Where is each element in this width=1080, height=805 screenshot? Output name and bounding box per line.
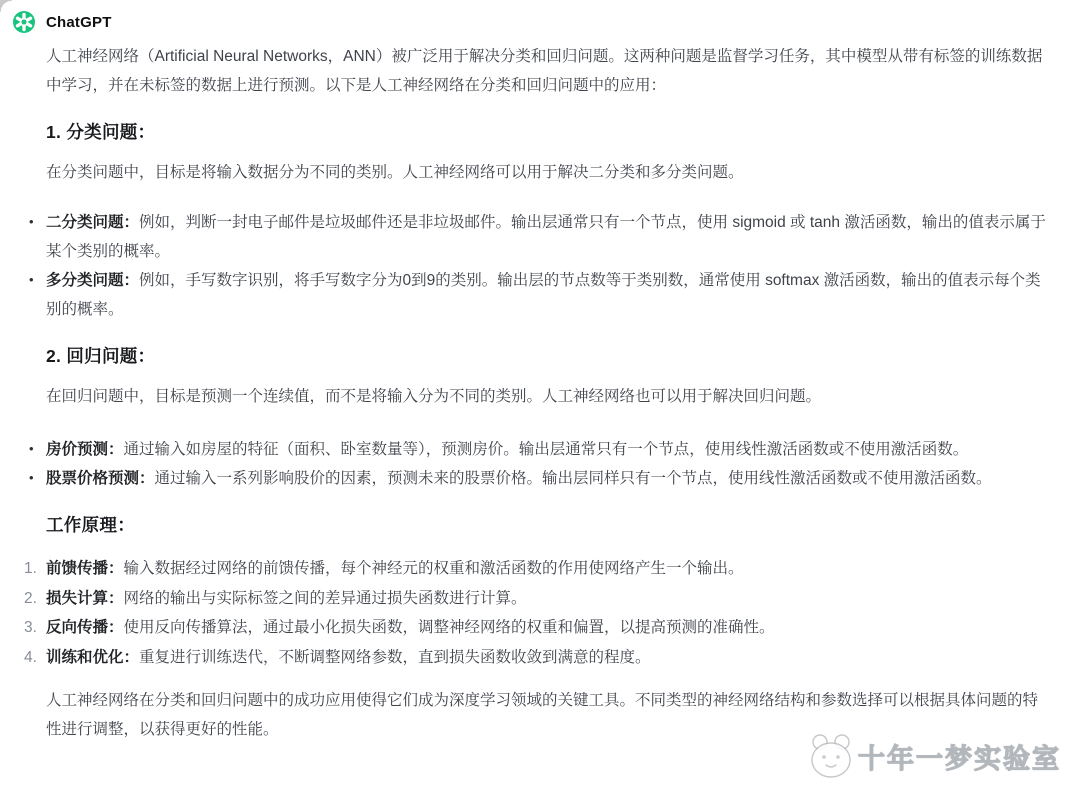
conclusion-paragraph: 人工神经网络在分类和回归问题中的成功应用使得它们成为深度学习领域的关键工具。不同… <box>46 686 1050 744</box>
regression-bullet-list: •房价预测：通过输入如房屋的特征（面积、卧室数量等），预测房价。输出层通常只有一… <box>46 435 1050 493</box>
list-item: 2.损失计算：网络的输出与实际标签之间的差异通过损失函数进行计算。 <box>46 584 1050 614</box>
item-label: 二分类问题： <box>46 214 139 231</box>
item-label: 多分类问题： <box>46 272 139 289</box>
window-corner-artifact <box>0 0 12 12</box>
message-body: 人工神经网络（Artificial Neural Networks，ANN）被广… <box>0 42 1080 744</box>
chatgpt-logo-icon <box>13 11 35 33</box>
intro-paragraph: 人工神经网络（Artificial Neural Networks，ANN）被广… <box>46 42 1050 100</box>
item-label: 前馈传播： <box>46 560 124 577</box>
item-label: 损失计算： <box>46 590 124 607</box>
working-principle-heading: 工作原理： <box>46 513 1050 537</box>
bullet-icon: • <box>29 434 34 463</box>
item-label: 训练和优化： <box>46 649 139 666</box>
step-number: 3. <box>24 613 37 643</box>
list-item: 1.前馈传播：输入数据经过网络的前馈传播，每个神经元的权重和激活函数的作用使网络… <box>46 554 1050 584</box>
item-text: 例如，手写数字识别，将手写数字分为0到9的类别。输出层的节点数等于类别数，通常使… <box>46 272 1041 318</box>
bullet-icon: • <box>29 463 34 492</box>
bullet-icon: • <box>29 207 34 236</box>
item-text: 通过输入一系列影响股价的因素，预测未来的股票价格。输出层同样只有一个节点，使用线… <box>155 470 992 487</box>
working-principle-list: 1.前馈传播：输入数据经过网络的前馈传播，每个神经元的权重和激活函数的作用使网络… <box>46 554 1050 672</box>
item-text: 例如，判断一封电子邮件是垃圾邮件还是非垃圾邮件。输出层通常只有一个节点，使用 s… <box>46 214 1046 260</box>
app-name: ChatGPT <box>46 14 112 31</box>
section-2-intro: 在回归问题中，目标是预测一个连续值，而不是将输入分为不同的类别。人工神经网络也可… <box>46 382 1050 411</box>
item-text: 输入数据经过网络的前馈传播，每个神经元的权重和激活函数的作用使网络产生一个输出。 <box>124 560 744 577</box>
bullet-icon: • <box>29 265 34 294</box>
list-item: •二分类问题：例如，判断一封电子邮件是垃圾邮件还是非垃圾邮件。输出层通常只有一个… <box>46 208 1050 266</box>
item-label: 房价预测： <box>46 441 124 458</box>
section-1-intro: 在分类问题中，目标是将输入数据分为不同的类别。人工神经网络可以用于解决二分类和多… <box>46 158 1050 187</box>
item-label: 股票价格预测： <box>46 470 155 487</box>
item-label: 反向传播： <box>46 619 124 636</box>
step-number: 4. <box>24 643 37 673</box>
section-2-heading: 2. 回归问题： <box>46 344 1050 368</box>
chatgpt-response-page: ChatGPT 人工神经网络（Artificial Neural Network… <box>0 0 1080 805</box>
list-item: 4.训练和优化：重复进行训练迭代，不断调整网络参数，直到损失函数收敛到满意的程度… <box>46 643 1050 673</box>
item-text: 通过输入如房屋的特征（面积、卧室数量等），预测房价。输出层通常只有一个节点，使用… <box>124 441 969 458</box>
list-item: •多分类问题：例如，手写数字识别，将手写数字分为0到9的类别。输出层的节点数等于… <box>46 266 1050 324</box>
message-header: ChatGPT <box>0 0 1080 33</box>
step-number: 2. <box>24 584 37 614</box>
list-item: 3.反向传播：使用反向传播算法，通过最小化损失函数，调整神经网络的权重和偏置，以… <box>46 613 1050 643</box>
list-item: •房价预测：通过输入如房屋的特征（面积、卧室数量等），预测房价。输出层通常只有一… <box>46 435 1050 464</box>
section-1-heading: 1. 分类问题： <box>46 120 1050 144</box>
step-number: 1. <box>24 554 37 584</box>
list-item: •股票价格预测：通过输入一系列影响股价的因素，预测未来的股票价格。输出层同样只有… <box>46 464 1050 493</box>
item-text: 使用反向传播算法，通过最小化损失函数，调整神经网络的权重和偏置，以提高预测的准确… <box>124 619 775 636</box>
classification-bullet-list: •二分类问题：例如，判断一封电子邮件是垃圾邮件还是非垃圾邮件。输出层通常只有一个… <box>46 208 1050 324</box>
item-text: 重复进行训练迭代，不断调整网络参数，直到损失函数收敛到满意的程度。 <box>139 649 651 666</box>
item-text: 网络的输出与实际标签之间的差异通过损失函数进行计算。 <box>124 590 527 607</box>
